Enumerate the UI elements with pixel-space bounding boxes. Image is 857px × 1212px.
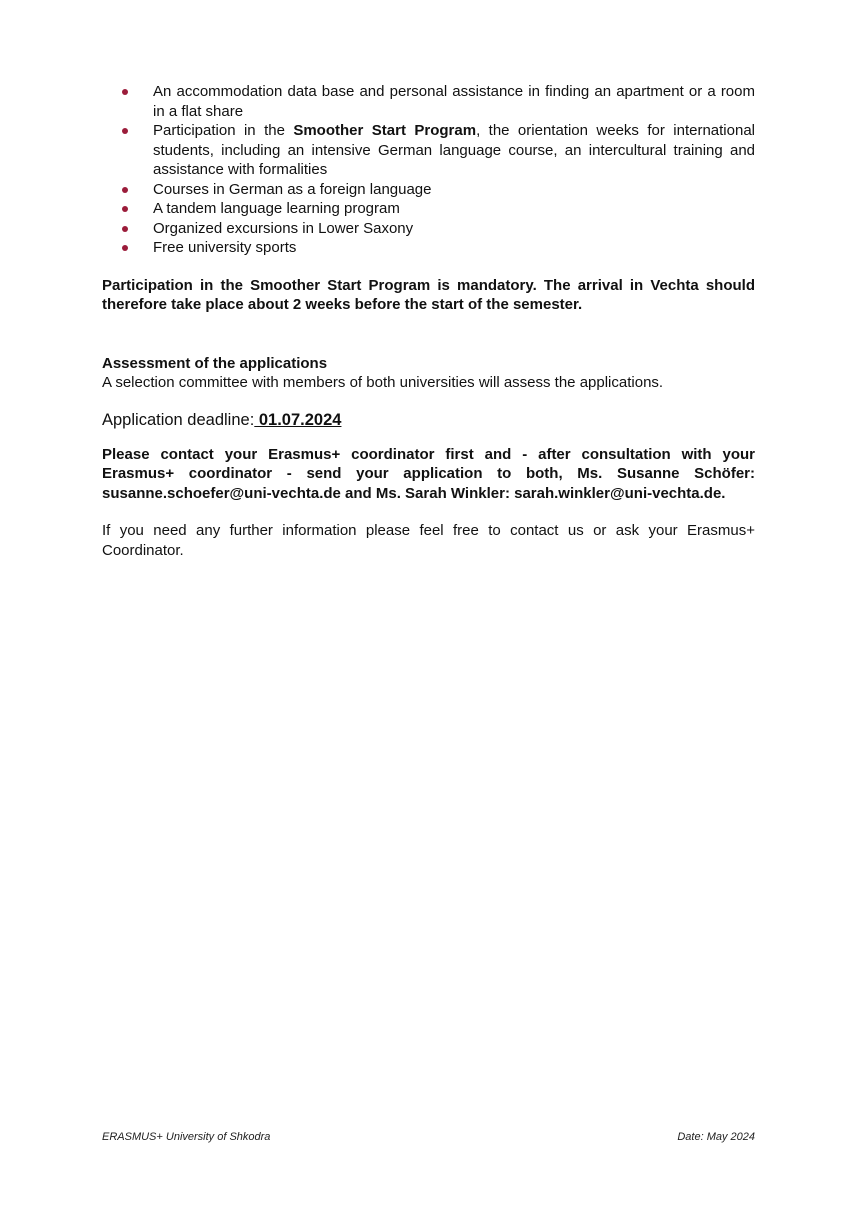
bullet-icon [122, 226, 128, 232]
page-footer: ERASMUS+ University of Shkodra Date: May… [102, 1131, 755, 1143]
list-item-text: Free university sports [153, 239, 296, 256]
list-item: An accommodation data base and personal … [102, 82, 755, 121]
bullet-icon [122, 89, 128, 95]
list-item: Courses in German as a foreign language [102, 180, 755, 200]
further-info: If you need any further information plea… [102, 521, 755, 560]
list-item-bold-text: Smoother Start Program [293, 122, 476, 139]
application-deadline: Application deadline: 01.07.2024 [102, 409, 755, 431]
list-item: Free university sports [102, 238, 755, 258]
assessment-heading: Assessment of the applications [102, 354, 755, 374]
assessment-text: A selection committee with members of bo… [102, 373, 755, 393]
list-item: Organized excursions in Lower Saxony [102, 219, 755, 239]
footer-date: Date: May 2024 [677, 1131, 755, 1143]
list-item-text: Organized excursions in Lower Saxony [153, 220, 413, 237]
bullet-icon [122, 245, 128, 251]
services-list: An accommodation data base and personal … [102, 82, 755, 258]
bullet-icon [122, 206, 128, 212]
document-page: An accommodation data base and personal … [102, 82, 755, 560]
list-item-text: Participation in the [153, 122, 293, 139]
footer-left: ERASMUS+ University of Shkodra [102, 1131, 270, 1143]
deadline-date: 01.07.2024 [254, 411, 341, 429]
list-item-text: An accommodation data base and personal … [153, 83, 755, 120]
deadline-label: Application deadline: [102, 411, 254, 429]
list-item: Participation in the Smoother Start Prog… [102, 121, 755, 180]
mandatory-note: Participation in the Smoother Start Prog… [102, 276, 755, 315]
list-item-text: Courses in German as a foreign language [153, 181, 432, 198]
list-item: A tandem language learning program [102, 199, 755, 219]
contact-note: Please contact your Erasmus+ coordinator… [102, 445, 755, 504]
list-item-text: A tandem language learning program [153, 200, 400, 217]
bullet-icon [122, 128, 128, 134]
bullet-icon [122, 187, 128, 193]
